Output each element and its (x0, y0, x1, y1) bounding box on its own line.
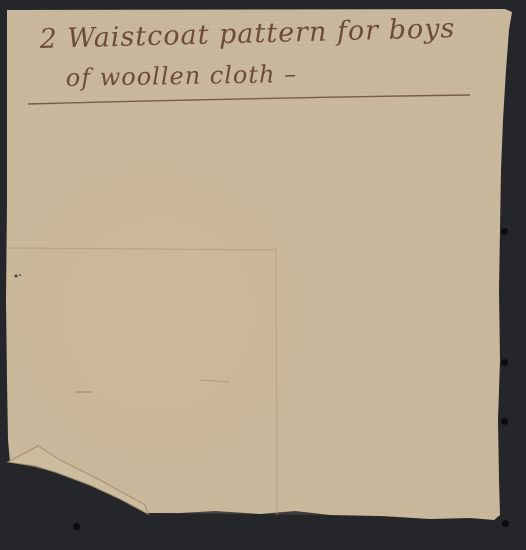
mount-hole (501, 418, 508, 425)
mount-hole (501, 228, 508, 235)
manuscript-line-2: of woollen cloth – (66, 60, 298, 92)
mount-hole (73, 523, 80, 530)
mount-hole (501, 359, 508, 366)
document-viewer: 2 Waistcoat pattern for boys of woollen … (0, 0, 526, 550)
mount-hole (502, 520, 509, 527)
